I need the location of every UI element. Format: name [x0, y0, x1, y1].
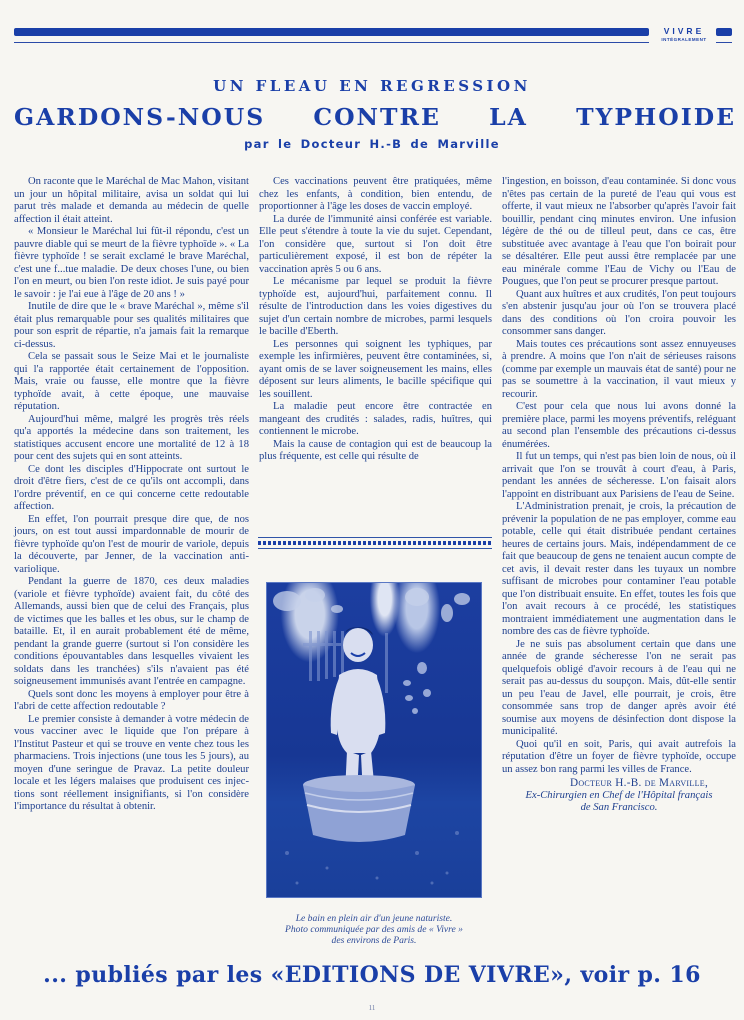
paragraph: Je ne suis pas absolument certain que da… — [502, 639, 736, 739]
article-byline: par le Docteur H.-B de Marville — [0, 137, 744, 151]
signature-role: Ex-Chirurgien en Chef de l'Hôpital franç… — [502, 790, 736, 803]
paragraph: Pendant la guerre de 1870, ces deux ma­l… — [14, 576, 249, 689]
paragraph: La maladie peut encore être contractée e… — [259, 401, 492, 439]
page-number: 11 — [0, 1004, 744, 1012]
article-kicker: UN FLEAU EN REGRESSION — [0, 77, 744, 95]
author-signature: Docteur H.-B. de Marville, Ex-Chirurgien… — [502, 777, 736, 815]
paragraph: Inutile de dire que le « brave Maréchal … — [14, 301, 249, 351]
caption-line: des environs de Paris. — [262, 935, 486, 946]
paragraph: Ce dont les disciples d'Hippocrate ont s… — [14, 464, 249, 514]
paragraph: Cela se passait sous le Seize Mai et le … — [14, 351, 249, 414]
paragraph: Quels sont donc les moyens à employer po… — [14, 689, 249, 714]
paragraph: Quant aux huîtres et aux crudités, l'on … — [502, 289, 736, 339]
paragraph: Il fut un temps, qui n'est pas bien loin… — [502, 451, 736, 501]
masthead-thick-rule — [14, 28, 649, 36]
photo-illustration — [267, 583, 481, 897]
paragraph: Ces vaccinations peuvent être pratiquées… — [259, 176, 492, 214]
column-1: On raconte que le Maréchal de Mac Mahon,… — [14, 176, 249, 814]
brand-name: VIVRE — [654, 26, 714, 36]
paragraph: On raconte que le Maréchal de Mac Mahon,… — [14, 176, 249, 226]
paragraph: Mais la cause de contagion qui est de be… — [259, 439, 492, 464]
paragraph: l'ingestion, en boisson, d'eau contaminé… — [502, 176, 736, 289]
column-3: l'ingestion, en boisson, d'eau contaminé… — [502, 176, 736, 815]
paragraph: Le mécanisme par lequel se produit la fi… — [259, 276, 492, 339]
paragraph: Les personnes qui soignent les typhiques… — [259, 339, 492, 402]
masthead-rule: VIVRE INTÉGRALEMENT — [14, 28, 732, 50]
child-in-washtub-photo — [266, 582, 482, 898]
editions-promo-banner: ... publiés par les «EDITIONS DE VIVRE»,… — [0, 962, 744, 988]
caption-line: Le bain en plein air d'un jeune naturist… — [262, 913, 486, 924]
paragraph: L'Administration prenait, je crois, la p… — [502, 501, 736, 639]
dotted-divider — [258, 537, 492, 549]
paragraph: Quoi qu'il en soit, Paris, qui avait aut… — [502, 739, 736, 777]
column-2: Ces vaccinations peuvent être pratiquées… — [259, 176, 492, 464]
paragraph: Mais toutes ces précautions sont assez e… — [502, 339, 736, 402]
paragraph: Aujourd'hui même, malgré les progrès trè… — [14, 414, 249, 464]
signature-name: Docteur H.-B. de Marville, — [502, 777, 736, 790]
paragraph: Le premier consiste à demander à votre m… — [14, 714, 249, 814]
masthead-brand: VIVRE INTÉGRALEMENT — [654, 26, 714, 44]
paragraph: La durée de l'immunité ainsi conférée es… — [259, 214, 492, 277]
article-title: GARDONS-NOUS CONTRE LA TYPHOIDE — [14, 103, 736, 131]
brand-subtitle: INTÉGRALEMENT — [654, 36, 714, 44]
photo-caption: Le bain en plein air d'un jeune naturist… — [262, 913, 486, 946]
paragraph: « Monsieur le Maréchal lui fût-il répond… — [14, 226, 249, 301]
masthead-thick-rule-end — [716, 28, 732, 36]
paragraph: En effet, l'on pourrait presque dire que… — [14, 514, 249, 577]
caption-line: Photo communiquée par des amis de « Vivr… — [262, 924, 486, 935]
masthead-thin-rule — [14, 42, 649, 43]
signature-role-location: de San Francisco. — [502, 802, 736, 815]
paragraph: C'est pour cela que nous lui avons donné… — [502, 401, 736, 451]
masthead-thin-rule-end — [716, 42, 732, 43]
